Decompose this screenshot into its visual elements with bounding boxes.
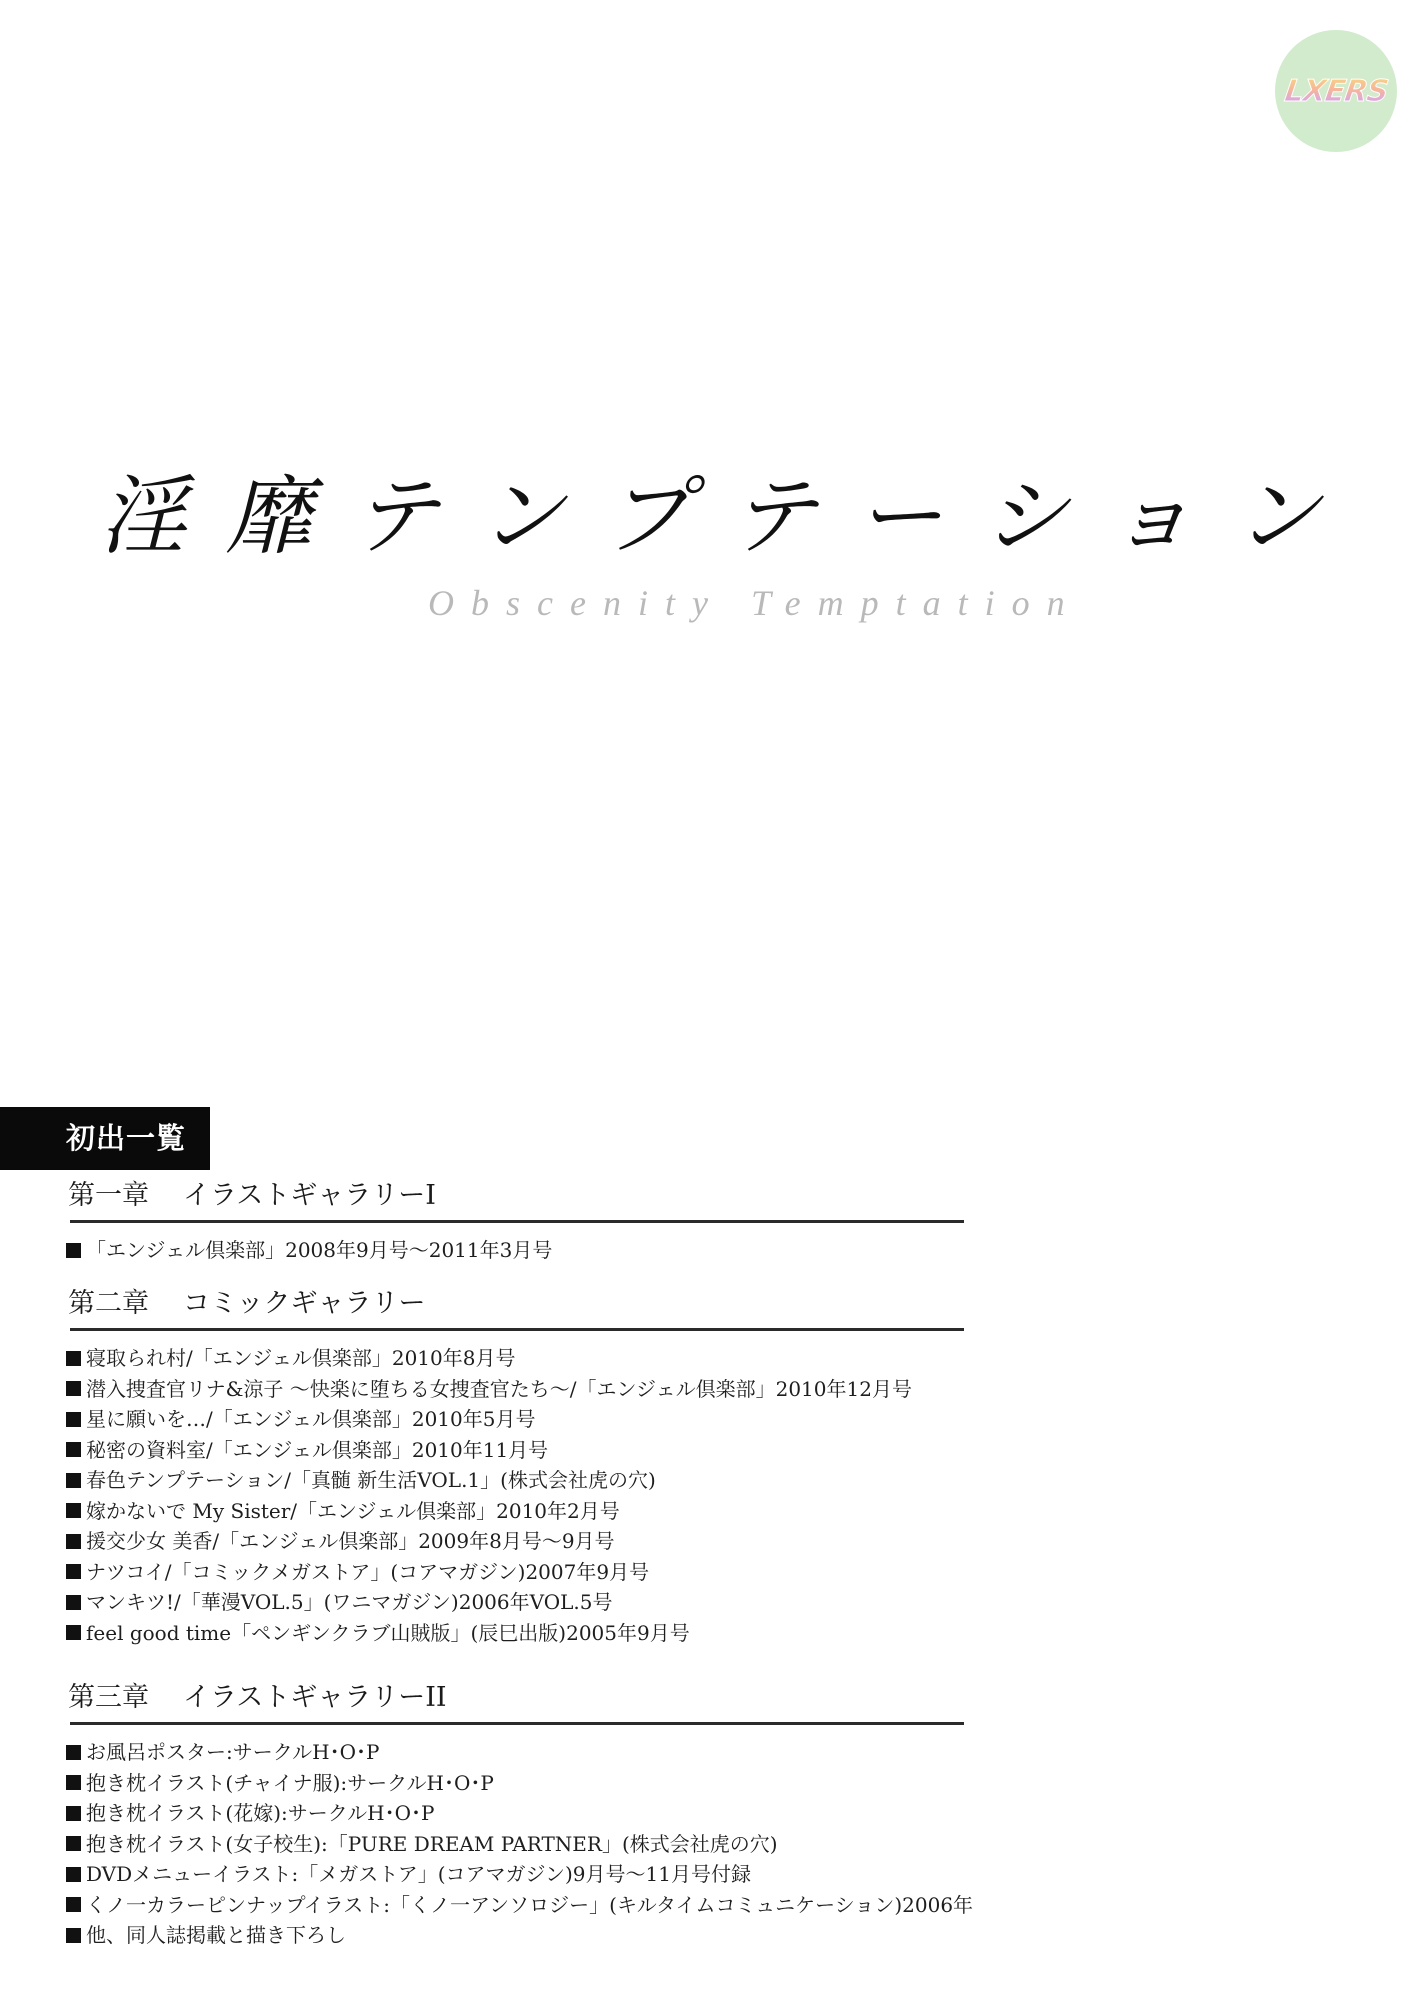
divider-rule [70, 1220, 964, 1223]
list-item: 抱き枕イラスト(女子校生):「PURE DREAM PARTNER」(株式会社虎… [66, 1829, 964, 1860]
chapter-heading: 第三章イラストギャラリーII [66, 1680, 964, 1716]
square-bullet-icon [66, 1928, 81, 1943]
chapter-section-3: 第三章イラストギャラリーII お風呂ポスター:サークルH･O･P 抱き枕イラスト… [66, 1680, 964, 1951]
square-bullet-icon [66, 1595, 81, 1610]
list-item: 援交少女 美香/「エンジェル倶楽部」2009年8月号～9月号 [66, 1526, 964, 1557]
chapter-name: イラストギャラリーII [183, 1682, 447, 1713]
chapter-name: イラストギャラリーI [183, 1180, 436, 1211]
square-bullet-icon [66, 1351, 81, 1366]
list-item: くノ一カラーピンナップイラスト:「くノ一アンソロジー」(キルタイムコミュニケーシ… [66, 1890, 964, 1921]
credit-list: お風呂ポスター:サークルH･O･P 抱き枕イラスト(チャイナ服):サークルH･O… [66, 1737, 964, 1951]
list-item: 星に願いを…/「エンジェル倶楽部」2010年5月号 [66, 1404, 964, 1435]
square-bullet-icon [66, 1625, 81, 1640]
chapter-number: 第三章 [68, 1682, 149, 1713]
list-item: 「エンジェル倶楽部」2008年9月号～2011年3月号 [66, 1235, 964, 1266]
chapter-number: 第一章 [68, 1180, 149, 1211]
title-english: Obscenity Temptation [428, 582, 1082, 624]
chapter-name: コミックギャラリー [183, 1288, 425, 1319]
list-item: 抱き枕イラスト(チャイナ服):サークルH･O･P [66, 1768, 964, 1799]
title-char: ョ [1108, 462, 1194, 572]
title-char: ン [478, 462, 564, 572]
credit-list: 寝取られ村/「エンジェル倶楽部」2010年8月号 潜入捜査官リナ&涼子 ～快楽に… [66, 1343, 964, 1648]
list-item: 春色テンプテーション/「真髄 新生活VOL.1」(株式会社虎の穴) [66, 1465, 964, 1496]
square-bullet-icon [66, 1503, 81, 1518]
square-bullet-icon [66, 1897, 81, 1912]
title-char: 淫 [100, 462, 186, 572]
list-item: 秘密の資料室/「エンジェル倶楽部」2010年11月号 [66, 1435, 964, 1466]
square-bullet-icon [66, 1836, 81, 1851]
square-bullet-icon [66, 1412, 81, 1427]
square-bullet-icon [66, 1473, 81, 1488]
square-bullet-icon [66, 1867, 81, 1882]
watermark-logo: LXERS [1282, 74, 1389, 109]
title-char: ー [856, 462, 942, 572]
square-bullet-icon [66, 1806, 81, 1821]
divider-rule [70, 1328, 964, 1331]
list-item: 抱き枕イラスト(花嫁):サークルH･O･P [66, 1798, 964, 1829]
square-bullet-icon [66, 1775, 81, 1790]
square-bullet-icon [66, 1381, 81, 1396]
chapter-section-2: 第二章コミックギャラリー 寝取られ村/「エンジェル倶楽部」2010年8月号 潜入… [66, 1286, 964, 1648]
chapter-number: 第二章 [68, 1288, 149, 1319]
list-item: 潜入捜査官リナ&涼子 ～快楽に堕ちる女捜査官たち～/「エンジェル倶楽部」2010… [66, 1374, 964, 1405]
list-item: 嫁かないで My Sister/「エンジェル倶楽部」2010年2月号 [66, 1496, 964, 1527]
list-item: feel good time「ペンギンクラブ山賊版」(辰巳出版)2005年9月号 [66, 1618, 964, 1649]
square-bullet-icon [66, 1745, 81, 1760]
title-char: テ [352, 462, 438, 572]
title-char: ン [1234, 462, 1320, 572]
square-bullet-icon [66, 1534, 81, 1549]
chapter-heading: 第一章イラストギャラリーI [66, 1178, 964, 1214]
square-bullet-icon [66, 1442, 81, 1457]
title-japanese: 淫 靡 テ ン プ テ ー シ ョ ン [100, 462, 1320, 572]
list-item: お風呂ポスター:サークルH･O･P [66, 1737, 964, 1768]
credit-list: 「エンジェル倶楽部」2008年9月号～2011年3月号 [66, 1235, 964, 1266]
square-bullet-icon [66, 1564, 81, 1579]
title-char: プ [604, 462, 690, 572]
credits-header: 初出一覧 [0, 1107, 210, 1170]
title-char: 靡 [226, 462, 312, 572]
list-item: 他、同人誌掲載と描き下ろし [66, 1920, 964, 1951]
chapter-section-1: 第一章イラストギャラリーI 「エンジェル倶楽部」2008年9月号～2011年3月… [66, 1178, 964, 1266]
divider-rule [70, 1722, 964, 1725]
title-char: テ [730, 462, 816, 572]
list-item: DVDメニューイラスト:「メガストア」(コアマガジン)9月号～11月号付録 [66, 1859, 964, 1890]
square-bullet-icon [66, 1243, 81, 1258]
list-item: 寝取られ村/「エンジェル倶楽部」2010年8月号 [66, 1343, 964, 1374]
list-item: マンキツ!/「華漫VOL.5」(ワニマガジン)2006年VOL.5号 [66, 1587, 964, 1618]
watermark-badge: LXERS [1275, 30, 1397, 152]
list-item: ナツコイ/「コミックメガストア」(コアマガジン)2007年9月号 [66, 1557, 964, 1588]
title-char: シ [982, 462, 1068, 572]
chapter-heading: 第二章コミックギャラリー [66, 1286, 964, 1322]
